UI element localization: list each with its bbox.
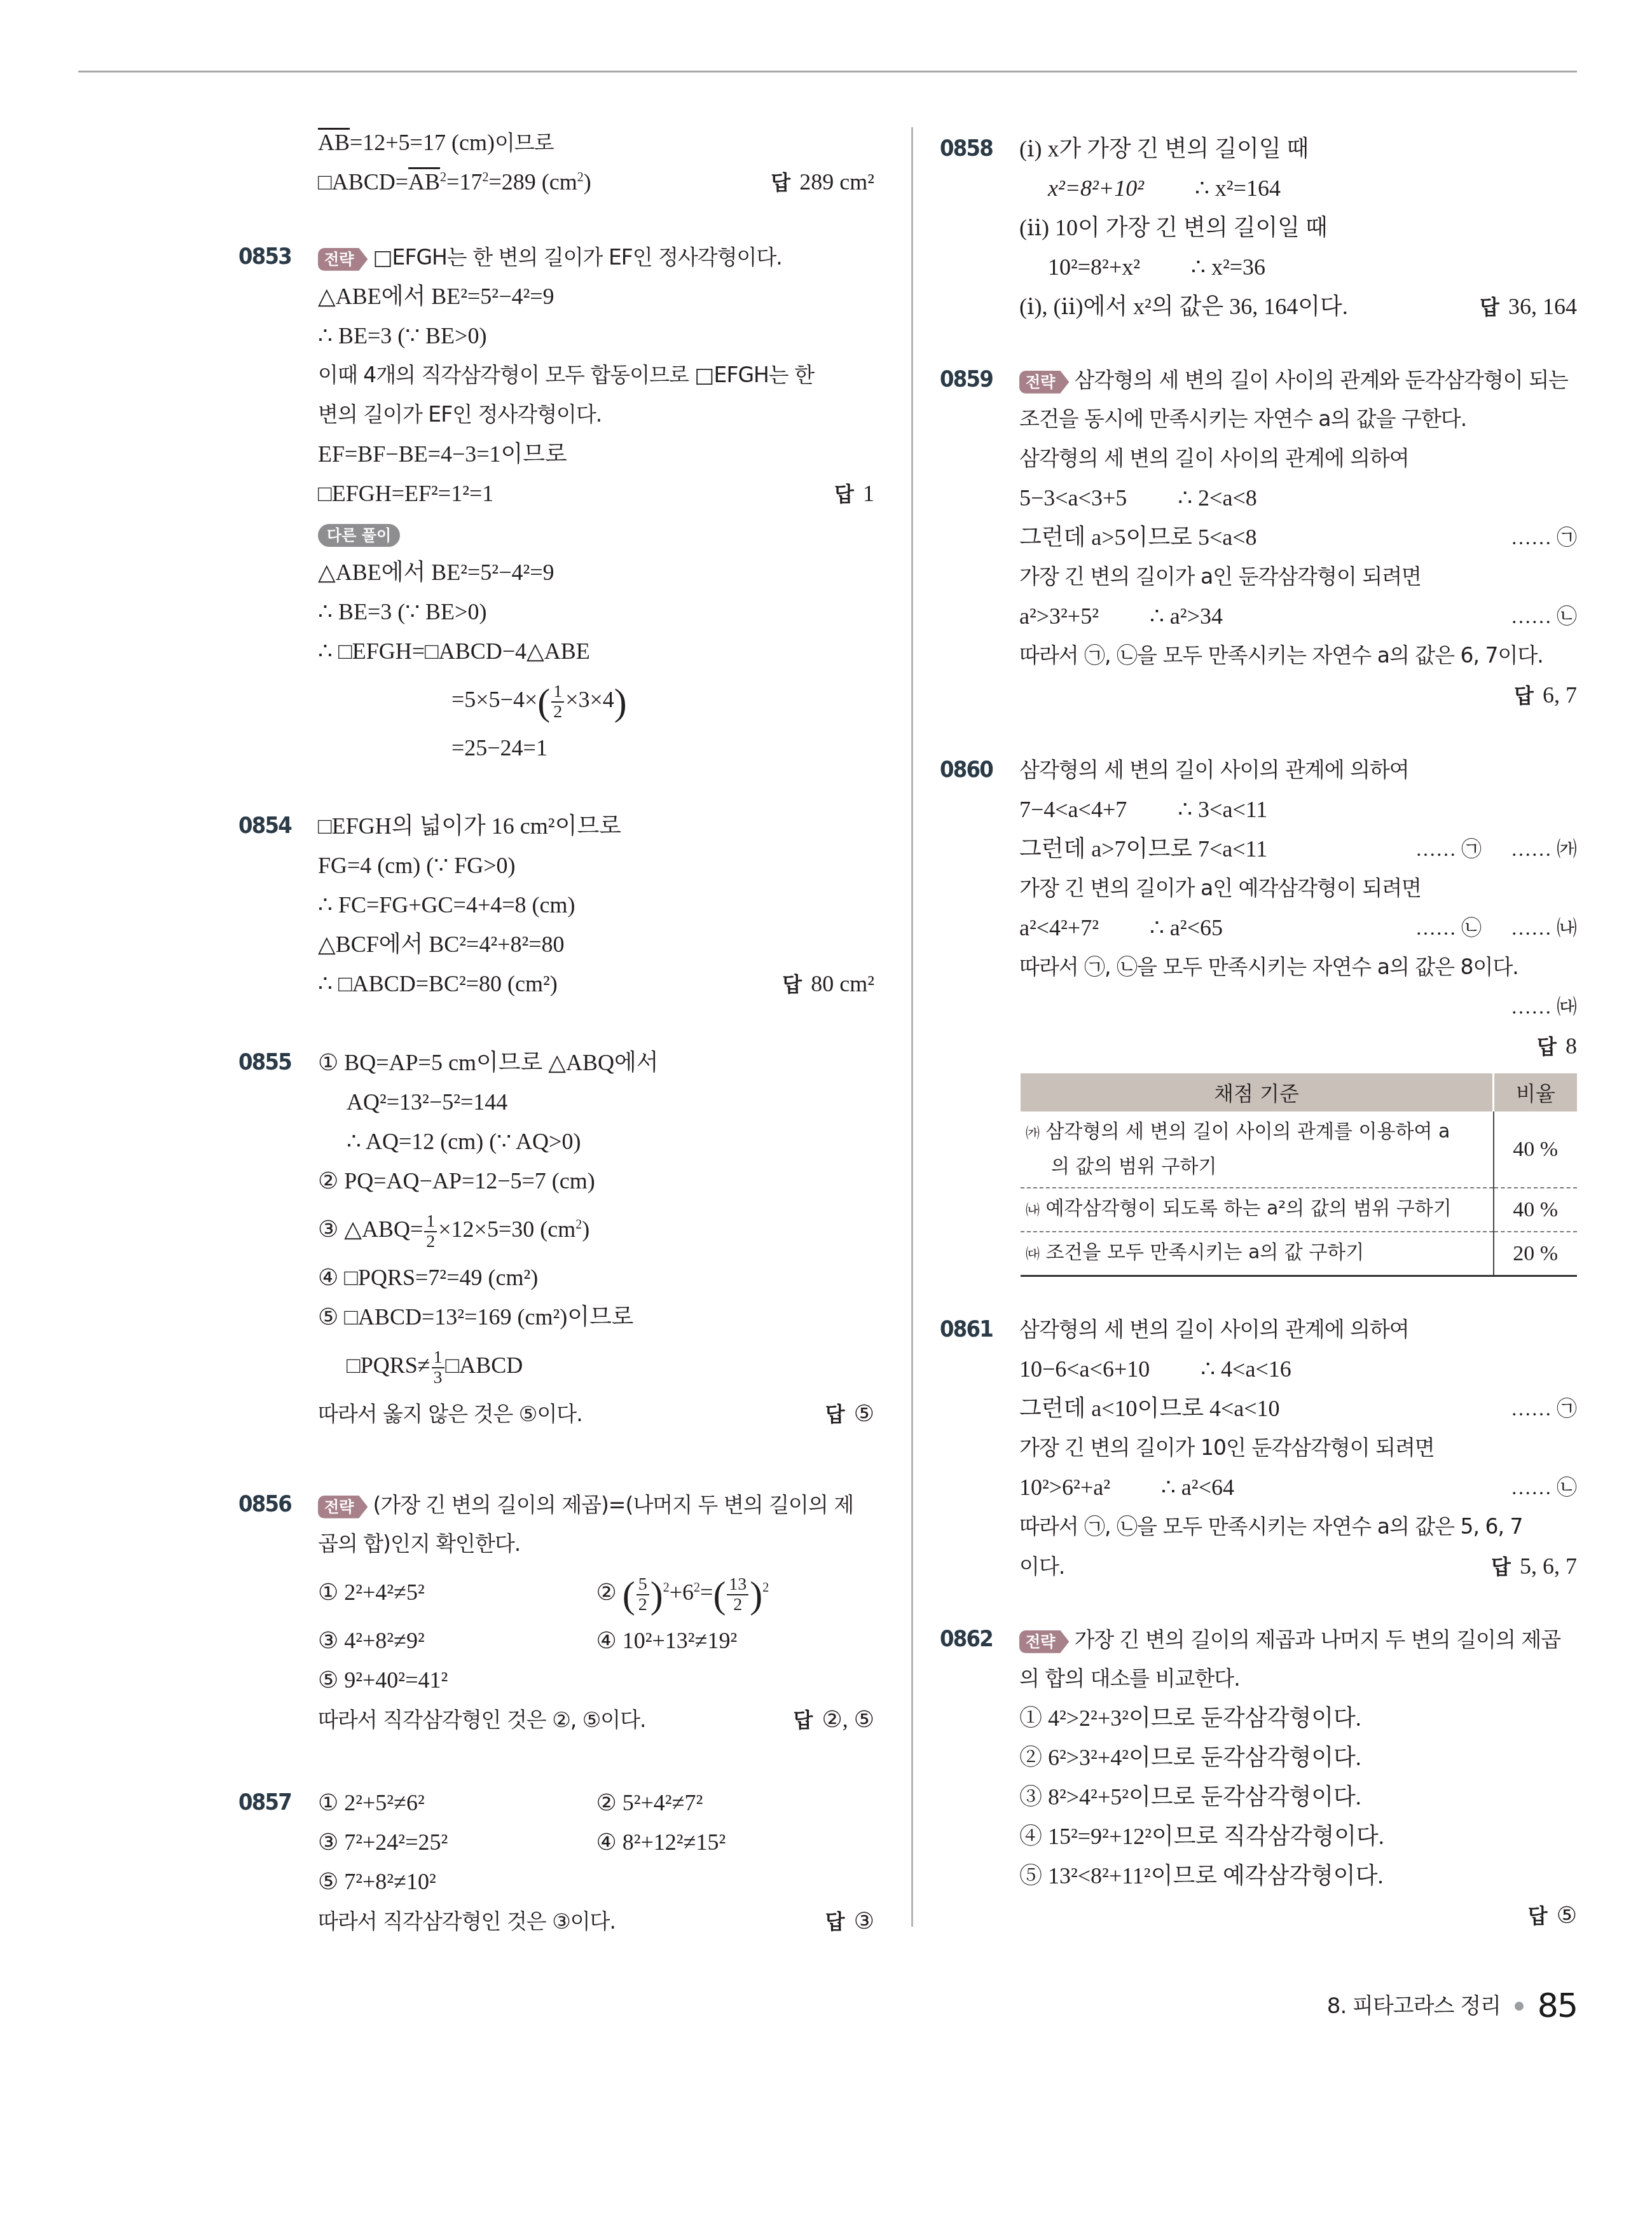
strategy-line: 의 합의 대소를 비교한다. — [1019, 1659, 1577, 1698]
solution-line: □PQRS≠13□ABCD — [318, 1337, 874, 1394]
solution-line: 가장 긴 변의 길이가 10인 둔각삼각형이 되려면 — [1019, 1428, 1577, 1468]
fraction: 12 — [424, 1212, 437, 1251]
problem-number: 0855 — [238, 1043, 291, 1082]
grading-marker: …… ㈐ — [1511, 987, 1577, 1026]
solution-line: △ABE에서 BE²=5²−4²=9 — [318, 277, 874, 316]
column-divider — [911, 127, 913, 1927]
choice-row: ① 2²+4²≠5² ② (52)2+62=(132)2 — [318, 1564, 874, 1621]
problem-number: 0862 — [940, 1620, 993, 1659]
problem-number: 0853 — [238, 237, 291, 277]
alt-solution-badge: 다른 풀이 — [318, 524, 400, 547]
solution-line: 그런데 a<10이므로 4<a<10…… ㉠ — [1019, 1389, 1577, 1428]
answer: 답36, 164 — [1480, 287, 1577, 327]
choice-2: ② 5²+4²≠7² — [596, 1783, 875, 1822]
equation-marker: …… ㉡ — [1511, 1468, 1577, 1507]
strategy-line: 조건을 동시에 만족시키는 자연수 a의 값을 구한다. — [1019, 399, 1577, 439]
problem-number: 0860 — [940, 750, 993, 790]
separator-dot-icon — [1515, 2002, 1524, 2011]
solution-line: (ⅰ) x가 가장 긴 변의 길이일 때 — [1019, 129, 1577, 169]
equation-marker: …… ㉡ — [1415, 908, 1482, 947]
solution-line: =5×5−4×(12×3×4) — [318, 671, 874, 728]
solution-line: 따라서 직각삼각형인 것은 ②, ⑤이다. 답②, ⑤ — [318, 1700, 874, 1739]
ratio-cell: 40 % — [1494, 1188, 1578, 1232]
solution-line: □ABCD=AB2=172=289 (cm2) 답289 cm² — [318, 162, 874, 202]
strategy-badge: 전략 — [318, 1496, 368, 1518]
fraction: 13 — [432, 1348, 444, 1387]
solution-line: 그런데 a>5이므로 5<a<8…… ㉠ — [1019, 518, 1577, 557]
solution-line: □EFGH=EF²=1²=1 답1 — [318, 474, 874, 513]
strategy-badge: 전략 — [1019, 1630, 1069, 1653]
solution-line: 변의 길이가 EF인 정사각형이다. — [318, 395, 874, 434]
answer-line: 답8 — [1019, 1026, 1577, 1066]
solution-line: 따라서 옳지 않은 것은 ⑤이다. 답⑤ — [318, 1394, 874, 1433]
solution-line: 따라서 직각삼각형인 것은 ③이다. 답③ — [318, 1901, 874, 1941]
solution-line: 따라서 ㉠, ㉡을 모두 만족시키는 자연수 a의 값은 5, 6, 7 — [1019, 1507, 1577, 1546]
solution-line: (ⅱ) 10이 가장 긴 변의 길이일 때 — [1019, 208, 1577, 247]
solution-line: (ⅰ), (ⅱ)에서 x²의 값은 36, 164이다. 답36, 164 — [1019, 287, 1577, 326]
solution-line: ① BQ=AP=5 cm이므로 △ABQ에서 — [318, 1043, 874, 1082]
solution-line: AB=12+5=17 (cm)이므로 — [318, 123, 874, 162]
fraction: 12 — [551, 682, 564, 722]
table-row: ㈎ 삼각형의 세 변의 길이 사이의 관계를 이용하여 a의 값의 범위 구하기… — [1021, 1112, 1577, 1188]
solution-line: ② PQ=AQ−AP=12−5=7 (cm) — [318, 1161, 874, 1201]
choice-1: ① 2²+5²≠6² — [318, 1783, 596, 1822]
solution-line: ∴ BE=3 (∵ BE>0) — [318, 592, 874, 631]
choice-row: ③ 4²+8²≠9² ④ 10²+13²≠19² — [318, 1621, 874, 1660]
solution-line: 5−3<a<3+5∴ 2<a<8 — [1019, 478, 1577, 518]
problem-number: 0861 — [940, 1310, 993, 1349]
solution-line: 삼각형의 세 변의 길이 사이의 관계에 의하여 — [1019, 1310, 1577, 1349]
solution-line: ④ □PQRS=7²=49 (cm²) — [318, 1258, 874, 1297]
page-number: 85 — [1538, 1984, 1577, 2028]
table-header-ratio: 비율 — [1494, 1073, 1578, 1112]
solution-line: ∴ AQ=12 (cm) (∵ AQ>0) — [318, 1122, 874, 1161]
problem-number: 0858 — [940, 129, 993, 169]
answer: 답289 cm² — [771, 162, 874, 202]
equation-marker: …… ㉡ — [1511, 596, 1577, 636]
table-header-criteria: 채점 기준 — [1021, 1073, 1494, 1112]
solution-line: □EFGH의 넓이가 16 cm²이므로 — [318, 806, 874, 846]
solution-line: FG=4 (cm) (∵ FG>0) — [318, 846, 874, 885]
solution-line: 삼각형의 세 변의 길이 사이의 관계에 의하여 — [1019, 439, 1577, 478]
choice-3: ③ 4²+8²≠9² — [318, 1621, 596, 1660]
solution-line: a²<4²+7²∴ a²<65…… ㉡…… ㈏ — [1019, 908, 1577, 947]
criteria-cell: ㈏ 예각삼각형이 되도록 하는 a²의 값의 범위 구하기 — [1021, 1188, 1494, 1232]
solution-line: 이때 4개의 직각삼각형이 모두 합동이므로 □EFGH는 한 — [318, 355, 874, 395]
solution-line: AQ²=13²−5²=144 — [318, 1082, 874, 1122]
choice-4: ④ 15²=9²+12²이므로 직각삼각형이다. — [1019, 1817, 1577, 1856]
solution-line: ⑤ □ABCD=13²=169 (cm²)이므로 — [318, 1297, 874, 1337]
problem-number: 0854 — [238, 806, 291, 846]
problem-number: 0856 — [238, 1485, 291, 1524]
table-row: ㈏ 예각삼각형이 되도록 하는 a²의 값의 범위 구하기 40 % — [1021, 1188, 1577, 1232]
choice-5: ⑤ 13²<8²+11²이므로 예각삼각형이다. — [1019, 1856, 1577, 1896]
criteria-cell: ㈎ 삼각형의 세 변의 길이 사이의 관계를 이용하여 a의 값의 범위 구하기 — [1021, 1112, 1494, 1188]
answer: 답80 cm² — [782, 964, 874, 1004]
strategy-line: 곱의 합)인지 확인한다. — [318, 1524, 874, 1564]
solution-line: ③ △ABQ=12×12×5=30 (cm2) — [318, 1201, 874, 1258]
problem-number: 0859 — [940, 360, 993, 399]
page-footer: 8. 피타고라스 정리 85 — [1327, 1984, 1577, 2028]
answer: 답②, ⑤ — [794, 1700, 874, 1740]
table-row: ㈐ 조건을 모두 만족시키는 a의 값 구하기 20 % — [1021, 1232, 1577, 1276]
problem-number: 0857 — [238, 1783, 291, 1822]
solution-line: 삼각형의 세 변의 길이 사이의 관계에 의하여 — [1019, 750, 1577, 790]
choice-1: ① 4²>2²+3²이므로 둔각삼각형이다. — [1019, 1698, 1577, 1738]
choice-3: ③ 7²+24²=25² — [318, 1822, 596, 1862]
solution-line: 가장 긴 변의 길이가 a인 둔각삼각형이 되려면 — [1019, 557, 1577, 596]
solution-line: 7−4<a<4+7∴ 3<a<11 — [1019, 790, 1577, 829]
choice-2: ② 6²>3²+4²이므로 둔각삼각형이다. — [1019, 1738, 1577, 1777]
equation-marker: …… ㉠ — [1511, 518, 1577, 557]
solution-line: 가장 긴 변의 길이가 a인 예각삼각형이 되려면 — [1019, 869, 1577, 908]
criteria-cell: ㈐ 조건을 모두 만족시키는 a의 값 구하기 — [1021, 1232, 1494, 1276]
solution-line: EF=BF−BE=4−3=1이므로 — [318, 434, 874, 474]
choice-row: ③ 7²+24²=25² ④ 8²+12²≠15² — [318, 1822, 874, 1862]
alt-solution-header: 다른 풀이 — [318, 513, 874, 553]
answer: 답5, 6, 7 — [1491, 1546, 1577, 1586]
solution-line: 10−6<a<6+10∴ 4<a<16 — [1019, 1349, 1577, 1389]
solution-line: 10²>6²+a²∴ a²<64…… ㉡ — [1019, 1468, 1577, 1507]
answer: 답⑤ — [825, 1394, 874, 1434]
solution-line: …… ㈐ — [1019, 987, 1577, 1026]
solution-line: ∴ FC=FG+GC=4+4=8 (cm) — [318, 885, 874, 925]
strategy-badge: 전략 — [318, 248, 368, 271]
solution-line: x²=8²+10²∴ x²=164 — [1019, 169, 1577, 208]
solution-line: 이다. 답5, 6, 7 — [1019, 1546, 1577, 1586]
choice-row: ① 2²+5²≠6² ② 5²+4²≠7² — [318, 1783, 874, 1822]
strategy-line: 전략□EFGH는 한 변의 길이가 EF인 정사각형이다. — [318, 237, 874, 277]
solution-line: =25−24=1 — [318, 728, 874, 767]
choice-4: ④ 8²+12²≠15² — [596, 1822, 875, 1862]
solution-line: 10²=8²+x²∴ x²=36 — [1019, 247, 1577, 287]
strategy-line: 전략삼각형의 세 변의 길이 사이의 관계와 둔각삼각형이 되는 — [1019, 360, 1577, 399]
ratio-cell: 40 % — [1494, 1112, 1578, 1188]
solution-line: ∴ BE=3 (∵ BE>0) — [318, 316, 874, 355]
choice-3: ③ 8²>4²+5²이므로 둔각삼각형이다. — [1019, 1777, 1577, 1817]
solution-line: a²>3²+5²∴ a²>34…… ㉡ — [1019, 596, 1577, 636]
solution-line: 따라서 ㉠, ㉡을 모두 만족시키는 자연수 a의 값은 6, 7이다. — [1019, 636, 1577, 675]
ratio-cell: 20 % — [1494, 1232, 1578, 1276]
strategy-line: 전략(가장 긴 변의 길이의 제곱)=(나머지 두 변의 길이의 제 — [318, 1485, 874, 1524]
choice-5: ⑤ 7²+8²≠10² — [318, 1862, 874, 1901]
grading-marker: …… ㈎ — [1511, 829, 1577, 869]
scoring-criteria-table: 채점 기준 비율 ㈎ 삼각형의 세 변의 길이 사이의 관계를 이용하여 a의 … — [1021, 1073, 1577, 1277]
strategy-badge: 전략 — [1019, 371, 1069, 394]
answer-line: 답6, 7 — [1019, 675, 1577, 715]
solution-line: 그런데 a>7이므로 7<a<11…… ㉠…… ㈎ — [1019, 829, 1577, 869]
solution-line: ∴ □ABCD=BC²=80 (cm²) 답80 cm² — [318, 964, 874, 1003]
answer-line: 답⑤ — [1019, 1896, 1577, 1935]
answer: 답8 — [1537, 1026, 1577, 1066]
answer: 답③ — [825, 1901, 874, 1941]
solution-line: △BCF에서 BC²=4²+8²=80 — [318, 925, 874, 964]
choice-1: ① 2²+4²≠5² — [318, 1564, 596, 1621]
equation-marker: …… ㉠ — [1415, 829, 1482, 869]
chapter-title: 8. 피타고라스 정리 — [1327, 1984, 1501, 2028]
choice-4: ④ 10²+13²≠19² — [596, 1621, 875, 1660]
solution-line: ∴ □EFGH=□ABCD−4△ABE — [318, 631, 874, 671]
equation-marker: …… ㉠ — [1511, 1389, 1577, 1428]
answer: 답6, 7 — [1514, 675, 1577, 715]
answer: 답⑤ — [1528, 1896, 1577, 1936]
grading-marker: …… ㈏ — [1511, 908, 1577, 947]
top-rule — [78, 71, 1577, 72]
answer: 답1 — [834, 474, 874, 514]
choice-2: ② (52)2+62=(132)2 — [596, 1564, 875, 1621]
solution-line: △ABE에서 BE²=5²−4²=9 — [318, 553, 874, 592]
strategy-line: 전략가장 긴 변의 길이의 제곱과 나머지 두 변의 길이의 제곱 — [1019, 1620, 1577, 1659]
solution-line: 따라서 ㉠, ㉡을 모두 만족시키는 자연수 a의 값은 8이다. — [1019, 947, 1577, 987]
choice-5: ⑤ 9²+40²=41² — [318, 1660, 874, 1700]
